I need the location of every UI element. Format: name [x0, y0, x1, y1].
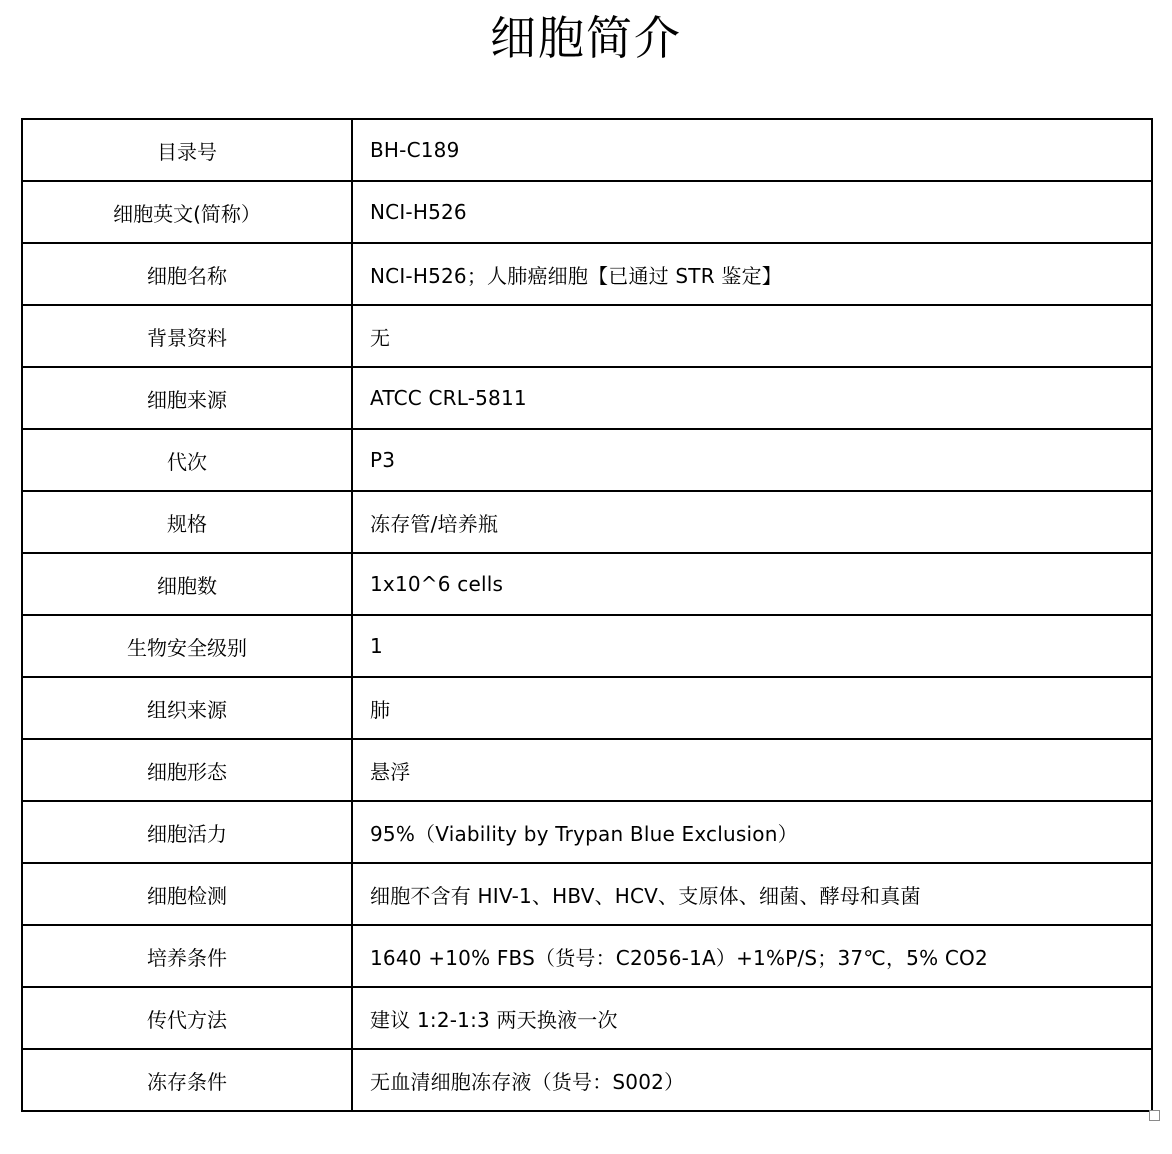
table-row: 背景资料无	[22, 305, 1152, 367]
row-value: 1	[352, 615, 1152, 677]
row-value: 细胞不含有 HIV-1、HBV、HCV、支原体、细菌、酵母和真菌	[352, 863, 1152, 925]
table-row: 组织来源肺	[22, 677, 1152, 739]
row-label: 生物安全级别	[22, 615, 352, 677]
table-row: 细胞英文(简称）NCI-H526	[22, 181, 1152, 243]
row-label: 细胞名称	[22, 243, 352, 305]
table-row: 细胞数1x10^6 cells	[22, 553, 1152, 615]
table-row: 培养条件1640 +10% FBS（货号：C2056-1A）+1%P/S；37℃…	[22, 925, 1152, 987]
row-value: P3	[352, 429, 1152, 491]
table-row: 细胞活力95%（Viability by Trypan Blue Exclusi…	[22, 801, 1152, 863]
table-row: 细胞形态悬浮	[22, 739, 1152, 801]
row-label: 规格	[22, 491, 352, 553]
row-value: 1640 +10% FBS（货号：C2056-1A）+1%P/S；37℃，5% …	[352, 925, 1152, 987]
table-row: 冻存条件无血清细胞冻存液（货号：S002）	[22, 1049, 1152, 1111]
cell-info-table: 目录号BH-C189细胞英文(简称）NCI-H526细胞名称NCI-H526；人…	[21, 118, 1153, 1112]
row-label: 细胞活力	[22, 801, 352, 863]
row-value: 肺	[352, 677, 1152, 739]
row-value: 冻存管/培养瓶	[352, 491, 1152, 553]
row-value: 悬浮	[352, 739, 1152, 801]
table-row: 规格冻存管/培养瓶	[22, 491, 1152, 553]
row-label: 冻存条件	[22, 1049, 352, 1111]
row-value: BH-C189	[352, 119, 1152, 181]
row-label: 组织来源	[22, 677, 352, 739]
row-value: NCI-H526	[352, 181, 1152, 243]
cell-info-table-body: 目录号BH-C189细胞英文(简称）NCI-H526细胞名称NCI-H526；人…	[22, 119, 1152, 1111]
row-value: 95%（Viability by Trypan Blue Exclusion）	[352, 801, 1152, 863]
table-row: 传代方法建议 1:2-1:3 两天换液一次	[22, 987, 1152, 1049]
table-row: 细胞来源ATCC CRL-5811	[22, 367, 1152, 429]
page-title: 细胞简介	[490, 6, 682, 70]
row-value: 无血清细胞冻存液（货号：S002）	[352, 1049, 1152, 1111]
title-bar: 细胞简介	[0, 0, 1172, 118]
row-value: 无	[352, 305, 1152, 367]
table-row: 细胞名称NCI-H526；人肺癌细胞【已通过 STR 鉴定】	[22, 243, 1152, 305]
table-row: 目录号BH-C189	[22, 119, 1152, 181]
row-label: 代次	[22, 429, 352, 491]
table-row: 生物安全级别1	[22, 615, 1152, 677]
row-value: 建议 1:2-1:3 两天换液一次	[352, 987, 1152, 1049]
row-label: 培养条件	[22, 925, 352, 987]
table-row: 代次P3	[22, 429, 1152, 491]
table-row: 细胞检测细胞不含有 HIV-1、HBV、HCV、支原体、细菌、酵母和真菌	[22, 863, 1152, 925]
row-value: NCI-H526；人肺癌细胞【已通过 STR 鉴定】	[352, 243, 1152, 305]
table-resize-handle-icon[interactable]	[1149, 1110, 1160, 1121]
row-label: 细胞形态	[22, 739, 352, 801]
row-label: 细胞英文(简称）	[22, 181, 352, 243]
row-label: 细胞数	[22, 553, 352, 615]
row-label: 细胞检测	[22, 863, 352, 925]
row-label: 细胞来源	[22, 367, 352, 429]
row-label: 传代方法	[22, 987, 352, 1049]
row-value: 1x10^6 cells	[352, 553, 1152, 615]
row-label: 背景资料	[22, 305, 352, 367]
row-value: ATCC CRL-5811	[352, 367, 1152, 429]
row-label: 目录号	[22, 119, 352, 181]
